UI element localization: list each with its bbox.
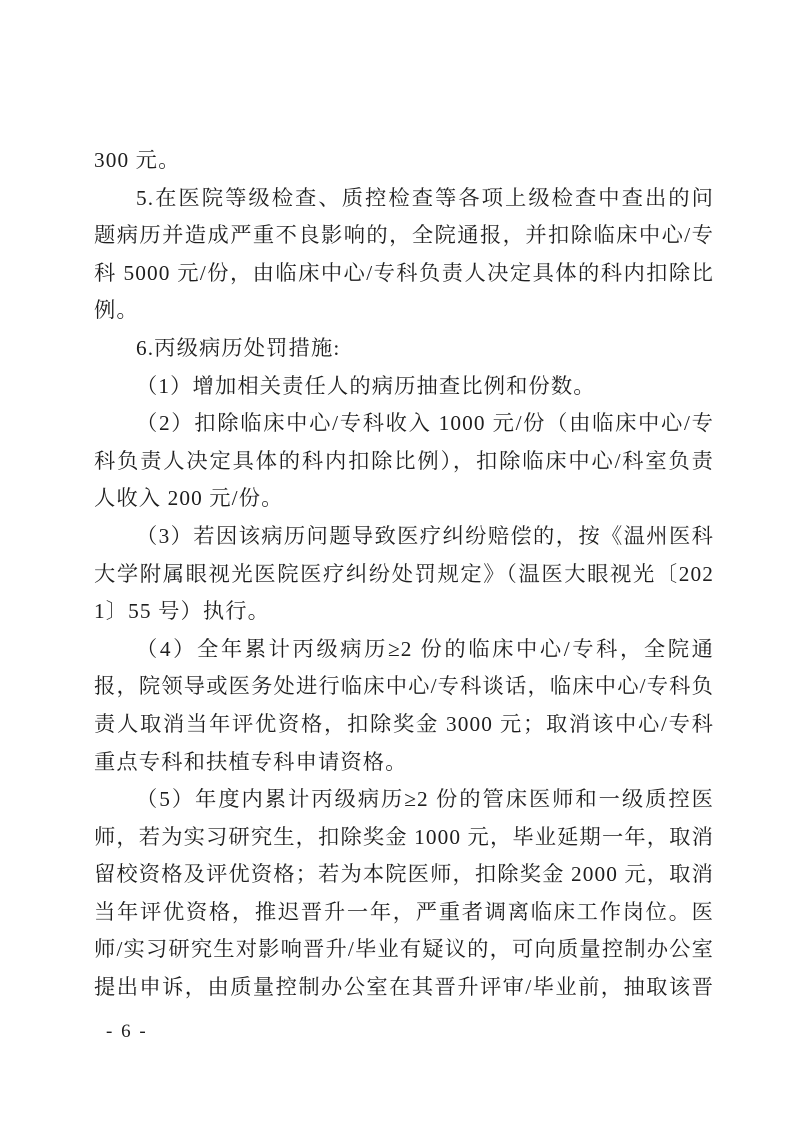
- paragraph: （4）全年累计丙级病历≥2 份的临床中心/专科，全院通报，院领导或医务处进行临床…: [94, 631, 714, 781]
- paragraph: 5.在医院等级检查、质控检查等各项上级检查中查出的问题病历并造成严重不良影响的，…: [94, 180, 714, 330]
- paragraph: （1）增加相关责任人的病历抽查比例和份数。: [94, 368, 714, 406]
- paragraph: 6.丙级病历处罚措施:: [94, 330, 714, 368]
- paragraph: （5）年度内累计丙级病历≥2 份的管床医师和一级质控医师，若为实习研究生，扣除奖…: [94, 781, 714, 1007]
- page-number: - 6 -: [106, 1021, 148, 1044]
- paragraph: 300 元。: [94, 142, 714, 180]
- document-page: 300 元。5.在医院等级检查、质控检查等各项上级检查中查出的问题病历并造成严重…: [0, 0, 794, 1123]
- paragraph: （3）若因该病历问题导致医疗纠纷赔偿的，按《温州医科大学附属眼视光医院医疗纠纷处…: [94, 518, 714, 631]
- document-body: 300 元。5.在医院等级检查、质控检查等各项上级检查中查出的问题病历并造成严重…: [94, 142, 714, 1007]
- paragraph: （2）扣除临床中心/专科收入 1000 元/份（由临床中心/专科负责人决定具体的…: [94, 405, 714, 518]
